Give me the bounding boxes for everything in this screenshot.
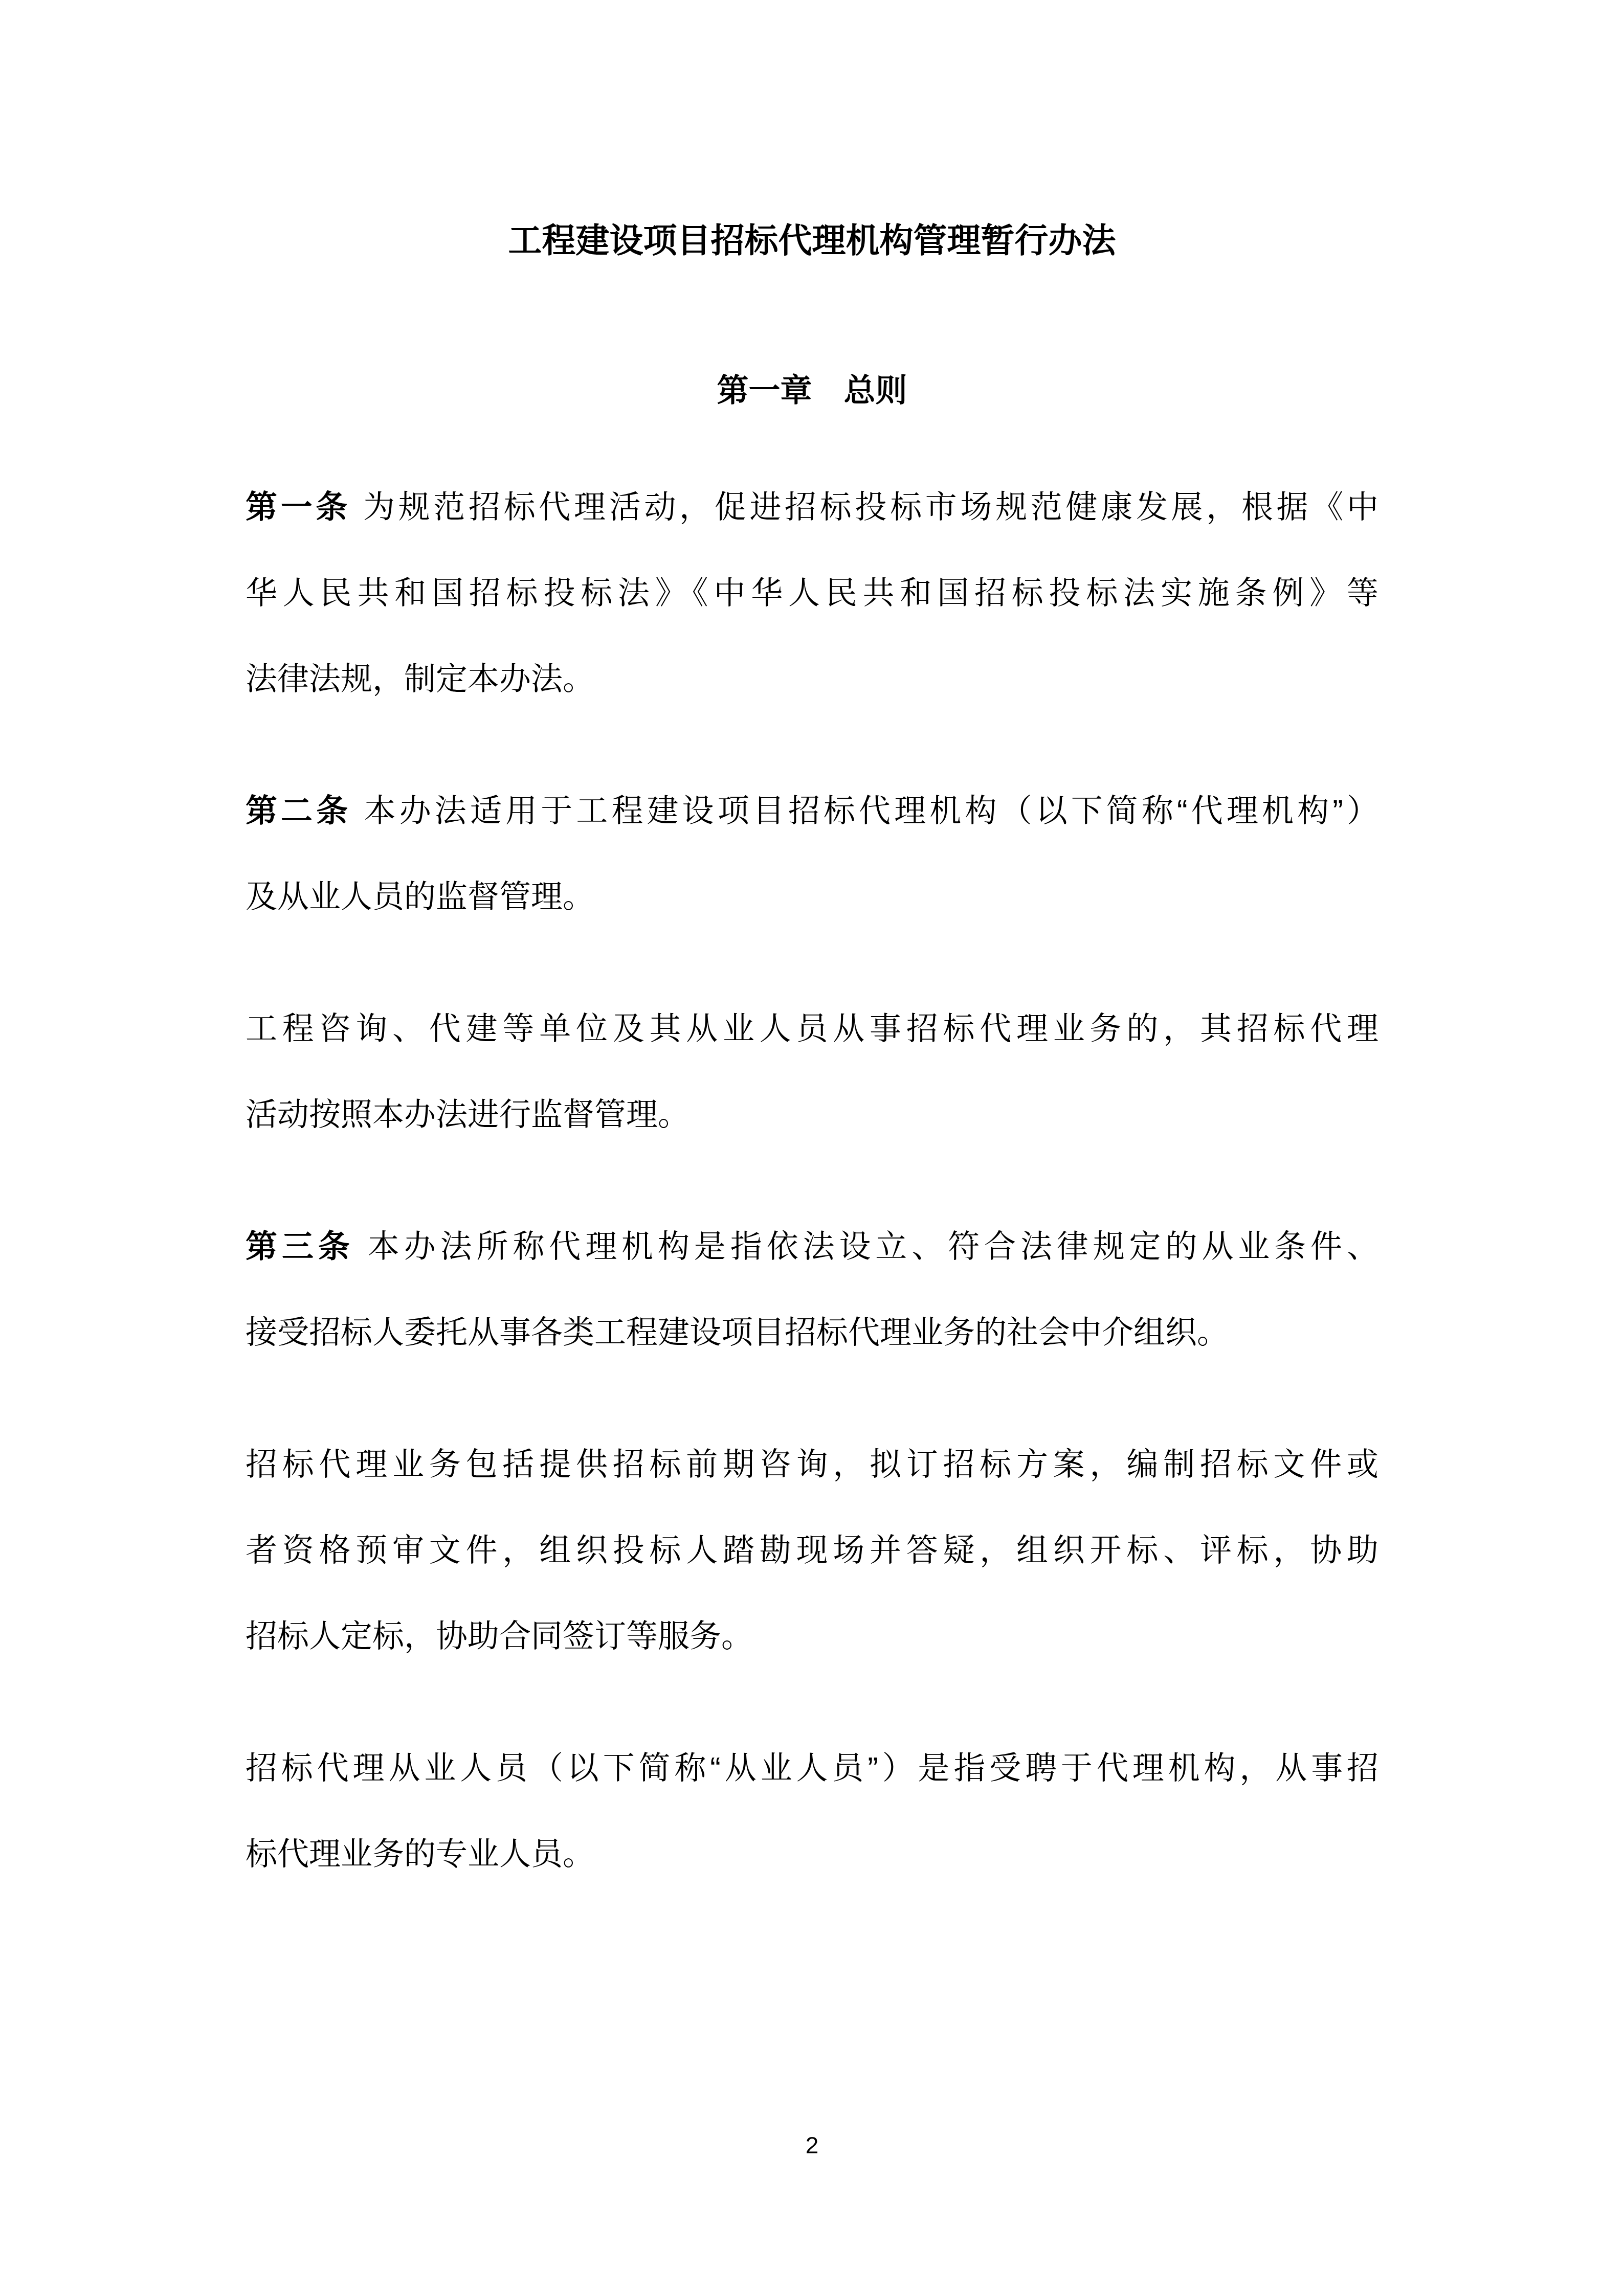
text-run: 接受招标人委托从事各类工程建设项目招标代理业务的社会中介组织。 [246, 1315, 1229, 1350]
text-line: 接受招标人委托从事各类工程建设项目招标代理业务的社会中介组织。 [246, 1290, 1378, 1376]
text-line: 招标代理从业人员（以下简称“从业人员”）是指受聘于代理机构，从事招 [246, 1726, 1378, 1812]
text-line: 法律法规，制定本办法。 [246, 637, 1378, 723]
text-line: 第一条 为规范招标代理活动，促进招标投标市场规范健康发展，根据《中 [246, 465, 1378, 551]
paragraph-agency-business-scope: 招标代理业务包括提供招标前期咨询，拟订招标方案，编制招标文件或 者资格预审文件，… [246, 1422, 1378, 1680]
text-line: 招标代理业务包括提供招标前期咨询，拟订招标方案，编制招标文件或 [246, 1422, 1378, 1508]
paragraph-article-2-continuation: 工程咨询、代建等单位及其从业人员从事招标代理业务的，其招标代理 活动按照本办法进… [246, 986, 1378, 1158]
text-run: 标代理业务的专业人员。 [246, 1837, 594, 1872]
chapter-heading: 第一章 总则 [246, 348, 1378, 434]
page-number: 2 [0, 2133, 1624, 2157]
text-line: 华人民共和国招标投标法》《中华人民共和国招标投标法实施条例》等 [246, 551, 1378, 637]
paragraph-article-3: 第三条 本办法所称代理机构是指依法设立、符合法律规定的从业条件、 接受招标人委托… [246, 1204, 1378, 1376]
paragraph-practitioners-definition: 招标代理从业人员（以下简称“从业人员”）是指受聘于代理机构，从事招 标代理业务的… [246, 1726, 1378, 1898]
text-run: 招标人定标，协助合同签订等服务。 [246, 1619, 753, 1654]
text-run: 本办法所称代理机构是指依法设立、符合法律规定的从业条件、 [354, 1229, 1378, 1265]
text-line: 工程咨询、代建等单位及其从业人员从事招标代理业务的，其招标代理 [246, 986, 1378, 1072]
text-line: 第二条 本办法适用于工程建设项目招标代理机构（以下简称“代理机构”） [246, 769, 1378, 854]
text-line: 者资格预审文件，组织投标人踏勘现场并答疑，组织开标、评标，协助 [246, 1508, 1378, 1594]
text-run: 及从业人员的监督管理。 [246, 880, 594, 915]
article-number: 第三条 [246, 1229, 354, 1265]
text-run: 本办法适用于工程建设项目招标代理机构（以下简称“代理机构”） [351, 794, 1378, 829]
paragraph-article-2: 第二条 本办法适用于工程建设项目招标代理机构（以下简称“代理机构”） 及从业人员… [246, 769, 1378, 940]
text-run: 法律法规，制定本办法。 [246, 662, 594, 697]
text-run: 工程咨询、代建等单位及其从业人员从事招标代理业务的，其招标代理 [246, 1011, 1378, 1047]
text-run: 招标代理业务包括提供招标前期咨询，拟订招标方案，编制招标文件或 [246, 1447, 1378, 1482]
paragraph-article-1: 第一条 为规范招标代理活动，促进招标投标市场规范健康发展，根据《中 华人民共和国… [246, 465, 1378, 723]
text-line: 招标人定标，协助合同签订等服务。 [246, 1594, 1378, 1680]
article-number: 第二条 [246, 794, 351, 829]
text-line: 及从业人员的监督管理。 [246, 854, 1378, 940]
text-run: 华人民共和国招标投标法》《中华人民共和国招标投标法实施条例》等 [246, 576, 1378, 611]
document-title: 工程建设项目招标代理机构管理暂行办法 [246, 197, 1378, 283]
text-line: 活动按照本办法进行监督管理。 [246, 1072, 1378, 1158]
text-run: 招标代理从业人员（以下简称“从业人员”）是指受聘于代理机构，从事招 [246, 1751, 1378, 1786]
article-number: 第一条 [246, 490, 351, 525]
text-run: 活动按照本办法进行监督管理。 [246, 1097, 689, 1133]
text-run: 者资格预审文件，组织投标人踏勘现场并答疑，组织开标、评标，协助 [246, 1533, 1378, 1568]
document-page: 工程建设项目招标代理机构管理暂行办法 第一章 总则 第一条 为规范招标代理活动，… [0, 0, 1624, 2296]
text-run: 为规范招标代理活动，促进招标投标市场规范健康发展，根据《中 [351, 490, 1378, 525]
text-line: 第三条 本办法所称代理机构是指依法设立、符合法律规定的从业条件、 [246, 1204, 1378, 1290]
text-line: 标代理业务的专业人员。 [246, 1812, 1378, 1898]
